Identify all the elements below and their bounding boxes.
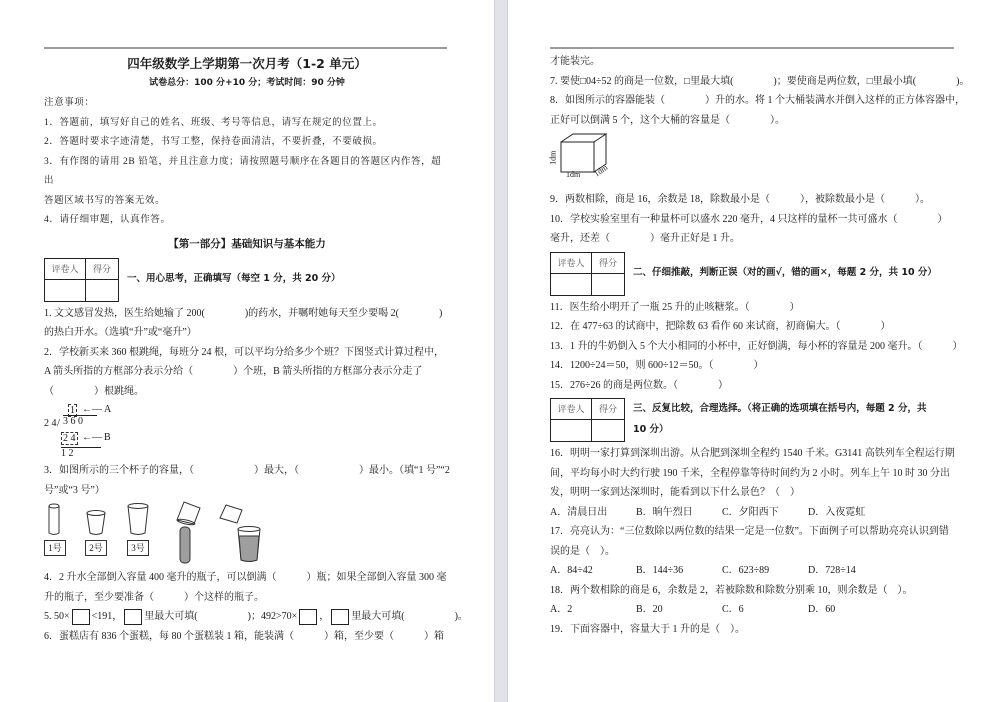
option-b[interactable]: B．20 <box>636 600 722 620</box>
question-7: 7. 要使□04÷52 的商是一位数，□里最大填( )；要使商是两位数，□里最小… <box>550 72 970 92</box>
question-16-cont: 间，平均每小时大约行驶 190 千米，全程停靠等待时间约为 2 小时。列车上午 … <box>550 464 970 484</box>
score-label: 得分 <box>86 259 118 280</box>
question-8-cont: 正好可以倒满 5 个，这个大桶的容量是（ ）。 <box>550 111 970 131</box>
label-b: B <box>104 428 111 448</box>
divisor: 2 4 <box>44 414 57 434</box>
question-9: 9．两数相除，商是 16，余数是 18，除数最小是（ ），被除数最小是（ ）。 <box>550 190 970 210</box>
arrow-b-icon: ←— <box>82 428 102 448</box>
option-a[interactable]: A．84÷42 <box>550 561 636 581</box>
question-1: 1. 文文感冒发热，医生给她输了 200( )的药水，并嘱咐她每天至少要喝 2(… <box>44 304 450 324</box>
question-2-cont: A 箭头所指的方框部分表示分给（ ）个班，B 箭头所指的方框部分表示分走了 <box>44 362 450 382</box>
score-box: 评卷人 得分 <box>550 252 625 296</box>
question-13: 13．1 升的牛奶倒入 5 个大小相同的小杯中，正好倒满，每小杯的容量是 200… <box>550 337 970 357</box>
question-17-cont: 误的是（ ）。 <box>550 542 970 562</box>
dividend: 3 6 0 <box>63 415 97 428</box>
section-3-title-line: 10 分） <box>633 419 926 440</box>
exam-page-2: 才能装完。 7. 要使□04÷52 的商是一位数，□里最大填( )；要使商是两位… <box>508 0 1005 702</box>
question-16-cont: 发，明明一家到达深圳时，能看到以下什么景色？（ ） <box>550 483 970 503</box>
note-item: 2．答题时要求字迹清楚，书写工整，保持卷面清洁，不要折叠，不要破损。 <box>44 133 450 153</box>
grader-field[interactable] <box>551 274 592 295</box>
q5-part: 里最大可填( )；492>70× <box>144 611 297 622</box>
exam-subtitle: 试卷总分：100 分+10 分；考试时间：90 分钟 <box>44 74 450 92</box>
exam-page-1: 四年级数学上学期第一次月考（1-2 单元） 试卷总分：100 分+10 分；考试… <box>0 0 494 702</box>
cup-2-label: 2号 <box>85 540 107 556</box>
section-1-title: 一、用心思考，正确填写（每空 1 分，共 20 分） <box>119 258 341 289</box>
note-item: 4．请仔细审题，认真作答。 <box>44 211 450 231</box>
question-18-options: A．2 B．20 C．6 D．60 <box>550 600 970 620</box>
cup-3-label: 3号 <box>127 540 149 556</box>
score-box: 评卷人 得分 <box>550 398 625 442</box>
section-3-header: 评卷人 得分 三、反复比较，合理选择。（将正确的选项填在括号内，每题 2 分，共… <box>550 398 970 442</box>
option-d[interactable]: D．入夜霓虹 <box>808 503 894 523</box>
question-15: 15．276÷26 的商是两位数。（ ） <box>550 376 970 396</box>
q5-part: ， <box>319 611 329 622</box>
option-a[interactable]: A．2 <box>550 600 636 620</box>
score-label: 得分 <box>592 253 624 274</box>
question-16-options: A．清晨日出 B．晌午烈日 C．夕阳西下 D．入夜霓虹 <box>550 503 970 523</box>
question-16: 16．明明一家打算到深圳出游。从合肥到深圳全程约 1540 千米。G3141 高… <box>550 444 970 464</box>
question-3-cont: 号”或“3 号”） <box>44 481 450 501</box>
cube-height-label: 1dm <box>543 151 563 165</box>
question-8: 8．如图所示的容器能装（ ）升的水。将 1 个大桶装满水并倒入这样的正方体容器中… <box>550 91 970 111</box>
exam-title: 四年级数学上学期第一次月考（1-2 单元） <box>44 54 450 74</box>
header-rule <box>44 47 447 49</box>
cube-figure: 1dm 1dm 1dm <box>550 130 670 190</box>
option-b[interactable]: B．晌午烈日 <box>636 503 722 523</box>
division-bracket: / <box>57 414 60 434</box>
notes-heading: 注意事项： <box>44 94 450 114</box>
section-3-title: 三、反复比较，合理选择。（将正确的选项填在括号内，每题 2 分，共 10 分） <box>625 398 926 440</box>
grader-field[interactable] <box>551 420 592 441</box>
q5-part: 里最大可填( )。 <box>351 611 468 622</box>
remainder: 1 2 <box>61 447 101 460</box>
score-box: 评卷人 得分 <box>44 258 119 302</box>
option-d[interactable]: D．60 <box>808 600 894 620</box>
page-2-content: 才能装完。 7. 要使□04÷52 的商是一位数，□里最大填( )；要使商是两位… <box>550 52 970 639</box>
question-4-cont: 升的瓶子，至少要准备（ ）个这样的瓶子。 <box>44 588 450 608</box>
section-1-header: 评卷人 得分 一、用心思考，正确填写（每空 1 分，共 20 分） <box>44 258 450 302</box>
question-2: 2．学校新买来 360 根跳绳，每班分 24 根，可以平均分给多少个班？下图竖式… <box>44 343 450 363</box>
answer-box[interactable] <box>124 609 142 625</box>
question-11: 11．医生给小明开了一瓶 25 升的止咳糖浆。（ ） <box>550 298 970 318</box>
question-3: 3．如图所示的三个杯子的容量，（ ）最大，（ ）最小。（填“1 号”“2 <box>44 461 450 481</box>
score-label: 得分 <box>592 399 624 420</box>
question-12: 12．在 477÷63 的试商中，把除数 63 看作 60 来试商，初商偏大。（… <box>550 317 970 337</box>
option-d[interactable]: D．728÷14 <box>808 561 894 581</box>
grader-label: 评卷人 <box>551 253 592 274</box>
q5-part: <191， <box>92 611 123 622</box>
section-2-header: 评卷人 得分 二、仔细推敲，判断正误（对的画√，错的画✕，每题 2 分，共 10… <box>550 252 970 296</box>
question-17: 17．亮亮认为：“三位数除以两位数的结果一定是一位数”。下面例子可以帮助亮亮认识… <box>550 522 970 542</box>
answer-box[interactable] <box>299 609 317 625</box>
question-18: 18．两个数相除的商是 6，余数是 2，若被除数和除数分别乘 10，则余数是（ … <box>550 581 970 601</box>
section-2-title: 二、仔细推敲，判断正误（对的画√，错的画✕，每题 2 分，共 10 分） <box>625 252 937 283</box>
note-item: 答题区域书写的答案无效。 <box>44 192 450 212</box>
question-14: 14．1200÷24＝50，则 600÷12＝50。（ ） <box>550 356 970 376</box>
option-a[interactable]: A．清晨日出 <box>550 503 636 523</box>
score-field[interactable] <box>592 274 624 295</box>
label-a: A <box>104 400 111 420</box>
answer-box[interactable] <box>72 609 90 625</box>
grader-label: 评卷人 <box>551 399 592 420</box>
question-10-cont: 毫升，还差（ ）毫升正好是 1 升。 <box>550 229 970 249</box>
question-4: 4．2 升水全部倒入容量 400 毫升的瓶子，可以倒满（ ）瓶；如果全部倒入容量… <box>44 568 450 588</box>
cube-width-label: 1dm <box>566 170 580 180</box>
option-c[interactable]: C．623÷89 <box>722 561 808 581</box>
page-gutter <box>494 0 508 702</box>
option-b[interactable]: B．144÷36 <box>636 561 722 581</box>
grader-label: 评卷人 <box>45 259 86 280</box>
question-6: 6．蛋糕店有 836 个蛋糕，每 80 个蛋糕装 1 箱，能装满（ ）箱，至少要… <box>44 627 450 647</box>
question-19: 19．下面容器中，容量大于 1 升的是（ ）。 <box>550 620 970 640</box>
question-6-cont: 才能装完。 <box>550 52 970 72</box>
long-division-figure: 1 ←— A 2 4 / 3 6 0 2 4 ←— B 1 2 <box>44 401 164 461</box>
question-17-options: A．84÷42 B．144÷36 C．623÷89 D．728÷14 <box>550 561 970 581</box>
header-rule <box>550 47 954 49</box>
score-field[interactable] <box>86 280 118 301</box>
question-5: 5. 50×<191，里最大可填( )；492>70×，里最大可填( )。 <box>44 607 450 627</box>
answer-box[interactable] <box>331 609 349 625</box>
cups-figure: 1号 2号 3号 <box>44 500 304 568</box>
note-item: 1．答题前，填写好自己的姓名、班级、考号等信息，请写在规定的位置上。 <box>44 114 450 134</box>
option-c[interactable]: C．夕阳西下 <box>722 503 808 523</box>
question-1-cont: 的热白开水。（选填“升”或“毫升”） <box>44 323 450 343</box>
product-box: 2 4 <box>61 432 78 445</box>
section-3-title-line: 三、反复比较，合理选择。（将正确的选项填在括号内，每题 2 分，共 <box>633 398 926 419</box>
grader-field[interactable] <box>45 280 86 301</box>
q5-part: 5. 50× <box>44 611 70 622</box>
note-item: 3．有作图的请用 2B 铅笔，并且注意力度；请按照题号顺序在各题目的答题区内作答… <box>44 153 450 192</box>
page-1-content: 四年级数学上学期第一次月考（1-2 单元） 试卷总分：100 分+10 分；考试… <box>44 52 450 646</box>
part-title: 【第一部分】基础知识与基本能力 <box>44 233 450 255</box>
score-field[interactable] <box>592 420 624 441</box>
question-2-cont: （ ）根跳绳。 <box>44 382 450 402</box>
cup-1-label: 1号 <box>44 540 66 556</box>
cups-illustration <box>44 500 304 568</box>
option-c[interactable]: C．6 <box>722 600 808 620</box>
question-10: 10．学校实验室里有一种量杯可以盛水 220 毫升，4 只这样的量杯一共可盛水（… <box>550 210 970 230</box>
